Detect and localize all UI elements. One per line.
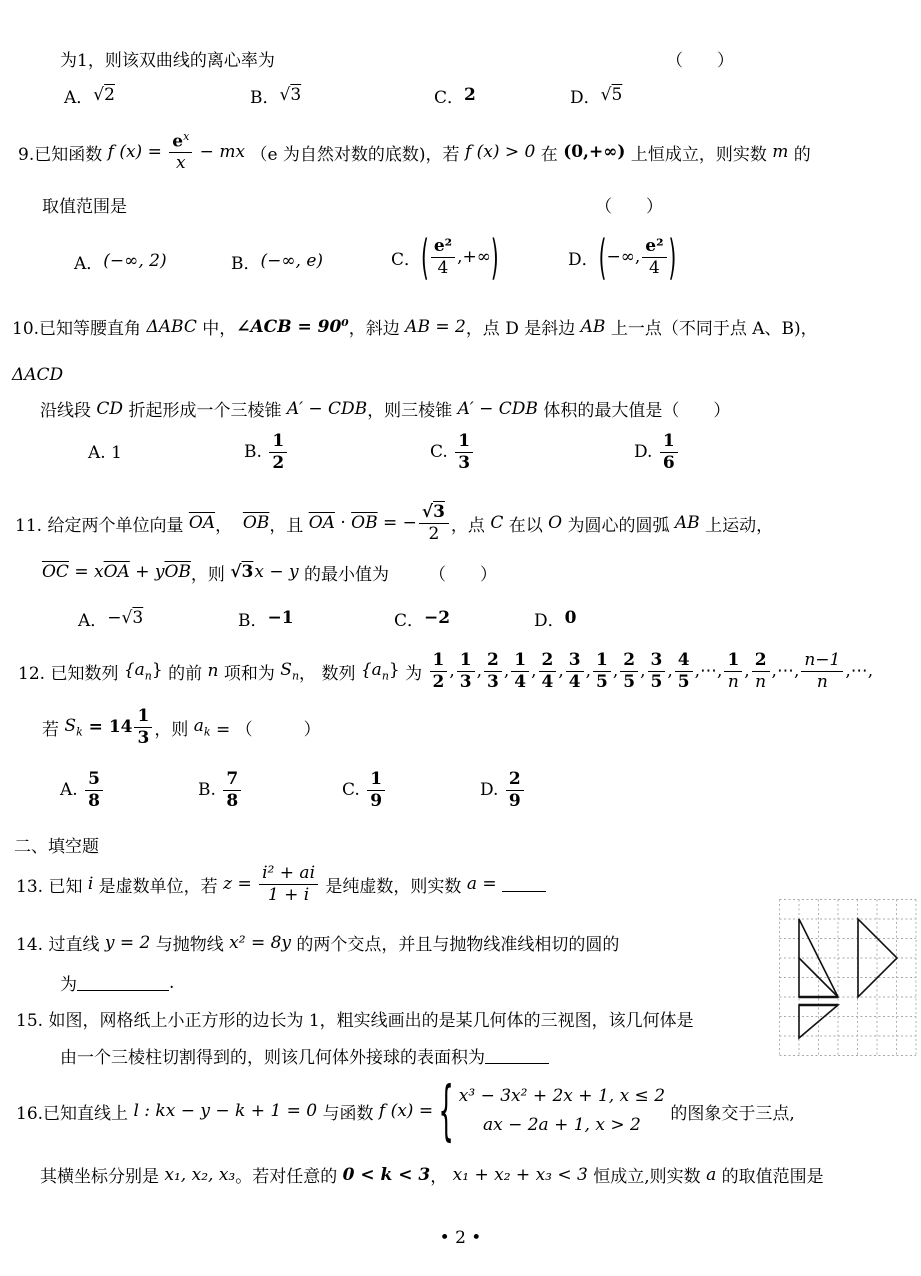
q11-text: 在以 (503, 511, 548, 536)
q9-math-mx: − mx (194, 142, 250, 162)
q9-option-a-value: (−∞, 2) (103, 251, 166, 271)
q12-math-n: n (208, 661, 219, 681)
frac-den: 8 (85, 791, 103, 811)
q16-text: 的图象交于三点, (665, 1099, 795, 1124)
comma: , (531, 661, 536, 681)
q13-math-z: z (223, 874, 232, 894)
frac-den: 3 (484, 672, 502, 692)
q12-stem-line2: 若 Sk = 14 13 ，则 ak = （ ） (42, 698, 321, 756)
q16-stem-line2: 其横坐标分别是 x₁, x₂, x₃ 。若对任意的 0 < k < 3 ， x₁… (40, 1162, 824, 1187)
q11-text: 为圆心的圆弧 (562, 511, 675, 536)
q16-piecewise-row2: ax − 2a + 1, x > 2 (483, 1111, 641, 1140)
radical-sign-icon: √ (93, 85, 104, 105)
subscript-n: n (145, 669, 152, 682)
q13-text: = (232, 874, 257, 894)
q9-fraction-ex-over-x: ex x (169, 130, 192, 173)
q12-text: 项和为 (218, 659, 280, 684)
q12-math-sk: Sk (64, 716, 82, 738)
frac-num: 2 (620, 650, 638, 671)
q12-option-d-label: D. (480, 780, 504, 800)
q9-option-c-rest: ,+∞ (457, 247, 491, 267)
radicand: 3 (132, 608, 144, 628)
frac-den: 2 (269, 453, 287, 473)
frac-num: 5 (85, 769, 103, 790)
q11-vector-ob: OB (164, 562, 190, 582)
q11-text: ，且 (269, 511, 308, 536)
s-letter: S (64, 716, 76, 736)
q9-option-b: B． (−∞, e) (231, 246, 323, 276)
q12-text: = 14 (83, 717, 133, 737)
radical-sign-icon: √ (230, 562, 241, 582)
q11-option-c-label: C． (394, 606, 424, 631)
side-view-triangle (858, 919, 897, 997)
frac-num: 1 (593, 650, 611, 671)
q14-math-y2: y = 2 (105, 933, 150, 953)
q9-option-d-frac-num: e² (642, 236, 666, 257)
q16-text: 与函数 (317, 1099, 379, 1124)
frac-den: 3 (457, 672, 475, 692)
q11-option-d-value: 0 (565, 608, 577, 628)
q16-math-x123: x₁, x₂, x₃ (164, 1165, 235, 1185)
radical-sign-icon: √ (422, 502, 433, 522)
q11-math-ab: AB (675, 513, 700, 533)
q8-option-b-value: √3 (280, 85, 303, 105)
frac-num: 3 (566, 650, 584, 671)
q16-text: ， (430, 1162, 452, 1187)
q9-option-d: D． ( −∞, e² 4 ) (568, 222, 676, 292)
q16-text: 。若对任意的 (235, 1162, 342, 1187)
frac-den: n (725, 672, 742, 692)
q10-math-triangle-abc: ΔABC (146, 317, 196, 337)
radical-sign-icon: √ (280, 85, 291, 105)
q10-text: 沿线段 (40, 396, 96, 421)
seq-fraction: 2n (752, 650, 770, 692)
section2-title: 二、填空题 (14, 832, 99, 857)
q12-option-c-fraction: 19 (367, 769, 385, 811)
q14-text: 为 (60, 970, 77, 995)
q16-stem-line1: 16.已知直线上 l : kx − y − k + 1 = 0 与函数 f (x… (16, 1076, 795, 1146)
q14-stem-line2: 为 . (60, 970, 174, 995)
q10-stem-line3: 沿线段 CD 折起形成一个三棱锥 A′ − CDB ，则三棱锥 A′ − CDB… (40, 396, 730, 421)
q16-math-fx: f (x) = (379, 1101, 439, 1121)
q10-option-b-fraction: 12 (269, 431, 287, 473)
q9-option-a: A． (−∞, 2) (74, 246, 167, 276)
q11-vector-oa: OA (104, 562, 130, 582)
frac-den: 9 (367, 791, 385, 811)
comma: , (744, 661, 749, 681)
q14-math-parabola: x² = 8y (229, 933, 291, 953)
q9-math-m: m (772, 142, 788, 162)
q10-option-c-fraction: 13 (455, 431, 473, 473)
comma: , (640, 661, 645, 681)
q9-paren-text: （ ） (595, 192, 663, 217)
q9-option-d-fraction: e² 4 (642, 236, 666, 278)
grid-lines (780, 900, 917, 1056)
q12-option-a-fraction: 58 (85, 769, 103, 811)
q11-option-c: C． −2 (394, 602, 450, 634)
q9-frac-denominator: x (173, 153, 189, 173)
comma: , (558, 661, 563, 681)
q12-text: ，则 (154, 715, 193, 740)
q13-text: 是纯虚数，则实数 (320, 872, 467, 897)
q14-text: 14. 过直线 (16, 930, 105, 955)
q11-text: 的最小值为 (299, 560, 389, 585)
q9-frac-num-base: e (172, 132, 183, 152)
frac-den: 4 (566, 672, 584, 692)
frac-num: n−1 (801, 650, 843, 671)
q13-text: = (477, 874, 502, 894)
q11-option-b-value: −1 (268, 608, 294, 628)
frac-num: 1 (367, 769, 385, 790)
seq-fraction: 23 (484, 650, 502, 692)
left-paren-icon: ( (599, 234, 607, 281)
q10-text: ，斜边 (349, 314, 405, 339)
q10-math-prism1: A′ − CDB (287, 399, 367, 419)
left-brace-icon: { (438, 1079, 453, 1144)
q12-stem-line1: 12. 已知数列 {an} 的前 n 项和为 Sn ， 数列 {an} 为 12… (18, 640, 873, 702)
q10-option-a-label: A. (88, 443, 111, 463)
q11-option-c-value: −2 (424, 608, 450, 628)
q9-option-c-fraction: e² 4 (431, 236, 455, 278)
q13-math-a: a (467, 874, 477, 894)
q11-stem-line2: OC = x OA + y OB ，则 √3 x − y 的最小值为 （ ） (42, 554, 497, 590)
q10-option-d-fraction: 16 (660, 431, 678, 473)
ellipsis: ⋯, (777, 661, 799, 681)
q12-option-a: A. 58 (60, 762, 105, 818)
q10-math-cd: CD (96, 399, 123, 419)
q15-text: 由一个三棱柱切割得到的，则该几何体外接球的表面积为 (60, 1043, 485, 1068)
q11-math-c: C (490, 513, 503, 533)
s-letter: S (280, 660, 292, 680)
frac-den: 1 + i (265, 885, 312, 905)
q8-option-a: A． √2 (64, 80, 116, 110)
q14-period: . (169, 973, 174, 993)
frac-den: 2 (425, 524, 442, 544)
solid-view-lines (799, 919, 897, 1038)
frac-num: 1 (269, 431, 287, 452)
q8-option-c-label: C． (434, 83, 464, 108)
q8-option-d-radicand: 5 (611, 85, 623, 105)
q15-stem-line1: 15. 如图，网格纸上小正方形的边长为 1，粗实线画出的是某几何体的三视图，该几… (16, 1006, 694, 1031)
brace-close: } (152, 660, 163, 680)
q10-text: ，点 D 是斜边 (466, 314, 581, 339)
q9-option-c: C． ( e² 4 ,+∞ ) (391, 222, 499, 292)
q16-math-line-eq: l : kx − y − k + 1 = 0 (133, 1101, 317, 1121)
q8-option-a-radicand: 2 (104, 85, 116, 105)
brace-a: {a (361, 660, 382, 680)
q10-option-d: D. 16 (634, 426, 680, 478)
q16-text: 其横坐标分别是 (40, 1162, 164, 1187)
q10-math-angle: ∠ACB = 90⁰ (236, 317, 349, 337)
frac-num: 1 (724, 650, 742, 671)
q8-option-c-value: 2 (464, 85, 476, 105)
exam-page: 为1，则该双曲线的离心率为 （ ） A． √2 B． √3 C． 2 D． √5… (0, 0, 921, 1276)
q14-answer-blank-line (77, 975, 169, 991)
section2-header: 二、填空题 (14, 832, 99, 857)
q8-stem-text: 为1，则该双曲线的离心率为 (60, 46, 275, 71)
q8-option-d: D． √5 (570, 80, 623, 110)
frac-den: n (752, 672, 769, 692)
frac-den: 6 (660, 453, 678, 473)
q8-paren-text: （ ） (666, 46, 734, 71)
ellipsis: ⋯, (851, 661, 873, 681)
q12-option-b-label: B. (198, 780, 221, 800)
q9-option-c-frac-den: 4 (435, 258, 452, 278)
q11-math-xc: = x (69, 562, 104, 582)
q12-text: 的前 (163, 659, 208, 684)
q15-text: 15. 如图，网格纸上小正方形的边长为 1，粗实线画出的是某几何体的三视图，该几… (16, 1006, 694, 1031)
radical-sign-icon: √ (601, 85, 612, 105)
frac-num: 1 (660, 431, 678, 452)
q8-option-b-label: B． (250, 83, 280, 108)
q11-text: ， (215, 511, 243, 536)
q16-piecewise: x³ − 3x² + 2x + 1, x ≤ 2 ax − 2a + 1, x … (459, 1082, 665, 1140)
seq-fraction: n−1n (801, 650, 843, 692)
q11-text: 上运动， (700, 511, 773, 536)
frac-num: 7 (223, 769, 241, 790)
q12-option-d: D. 29 (480, 762, 526, 818)
q12-option-c: C. 19 (342, 762, 387, 818)
seq-fraction: 12 (430, 650, 448, 692)
q10-text: 上一点（不同于点 A、B)， (605, 314, 817, 339)
q9-option-c-frac-num: e² (431, 236, 455, 257)
q9-math-fx-gt0: f (x) > 0 (465, 142, 535, 162)
comma: , (586, 661, 591, 681)
frac-den: 5 (675, 672, 693, 692)
q11-option-a: A． −√3 (78, 602, 144, 634)
q12-option-c-label: C. (342, 780, 365, 800)
q10-option-a-value: 1 (111, 443, 122, 463)
subscript-n: n (382, 669, 389, 682)
q11-option-a-label: A． (78, 606, 107, 631)
left-paren-icon: ( (421, 234, 429, 281)
comma: , (613, 661, 618, 681)
q12-option-b-fraction: 78 (223, 769, 241, 811)
q12-math-ak: ak (194, 716, 211, 738)
page-number: • 2 • (0, 1228, 921, 1248)
frac-num: 1 (430, 650, 448, 671)
minus-sign: − (107, 608, 121, 628)
q13-text: 13. 已知 (16, 872, 88, 897)
frac-den: 3 (455, 453, 473, 473)
frac-den: 5 (648, 672, 666, 692)
comma: , (449, 661, 454, 681)
q8-answer-paren: （ ） (666, 46, 734, 71)
frac-num: 3 (648, 650, 666, 671)
q10-stem-line2: ΔACD (12, 365, 63, 385)
q11-vector-oa: OA (189, 513, 215, 533)
q9-frac-num-exponent: x (183, 130, 189, 143)
q12-option-d-fraction: 29 (506, 769, 524, 811)
q12-text: = （ ） (211, 715, 321, 740)
right-paren-icon: ) (491, 234, 499, 281)
q11-option-d-label: D． (534, 606, 565, 631)
frac-den: n (814, 672, 831, 692)
q16-piecewise-row1: x³ − 3x² + 2x + 1, x ≤ 2 (459, 1082, 665, 1111)
q9-option-a-label: A． (74, 249, 103, 274)
q11-option-d: D． 0 (534, 602, 576, 634)
q15-answer-blank-line (485, 1048, 549, 1064)
q9-text-range: 取值范围是 (42, 192, 127, 217)
q12-mixed-fraction: 13 (134, 706, 152, 748)
q12-math-sn: Sn (280, 660, 299, 682)
frac-num: 1 (457, 650, 475, 671)
q11-math-yc: + y (130, 562, 165, 582)
seq-fraction: 14 (511, 650, 529, 692)
q10-text: 折起形成一个三棱锥 (123, 396, 287, 421)
q10-math-prism2: A′ − CDB (458, 399, 538, 419)
frac-den: 5 (593, 672, 611, 692)
frac-num: 4 (675, 650, 693, 671)
seq-fraction: 24 (539, 650, 557, 692)
q9-text: （e 为自然对数的底数)，若 (250, 140, 465, 165)
q9-option-b-label: B． (231, 249, 261, 274)
q8-option-d-value: √5 (601, 85, 624, 105)
q9-text: 在 (535, 140, 563, 165)
brace-a: {a (124, 660, 145, 680)
seq-fraction: 45 (675, 650, 693, 692)
q12-text: 若 (42, 715, 64, 740)
frac-den: 4 (539, 672, 557, 692)
subscript-k: k (204, 725, 211, 738)
q16-text: 16.已知直线上 (16, 1099, 133, 1124)
subscript-k: k (76, 725, 83, 738)
frac-num: 2 (506, 769, 524, 790)
q11-math-o: O (548, 513, 562, 533)
comma: , (477, 661, 482, 681)
seq-fraction: 15 (593, 650, 611, 692)
q9-option-d-frac-den: 4 (646, 258, 663, 278)
frac-num: 2 (484, 650, 502, 671)
q15-stem-line2: 由一个三棱柱切割得到的，则该几何体外接球的表面积为 (60, 1043, 549, 1068)
q10-text: ，则三棱锥 (367, 396, 457, 421)
q13-text: 是虚数单位，若 (93, 872, 223, 897)
top-view-triangle (799, 1005, 838, 1038)
q14-stem-line1: 14. 过直线 y = 2 与抛物线 x² = 8y 的两个交点，并且与抛物线准… (16, 930, 619, 955)
q8-option-c: C． 2 (434, 80, 476, 110)
three-view-figure (778, 898, 920, 1060)
q15-figure (778, 898, 920, 1060)
q11-text: 11. 给定两个单位向量 (15, 511, 189, 536)
q10-option-a: A. 1 (88, 438, 122, 468)
radical-sign-icon: √ (122, 608, 133, 628)
a-letter: a (194, 716, 204, 736)
q9-text: 9.已知函数 (18, 140, 108, 165)
q10-option-c: C. 13 (430, 426, 475, 478)
frac-den: 3 (134, 728, 152, 748)
radicand: 3 (433, 502, 446, 522)
frac-num: i² + ai (259, 863, 318, 884)
q8-option-d-label: D． (570, 83, 601, 108)
frac-num: 1 (134, 706, 152, 727)
frac-den: 9 (506, 791, 524, 811)
q10-math-ab: AB (581, 317, 606, 337)
q11-text: ，则 (191, 560, 230, 585)
q11-vector-ob: OB (243, 513, 269, 533)
seq-fraction: 25 (620, 650, 638, 692)
q11-text: = − (378, 513, 417, 533)
q9-option-b-value: (−∞, e) (261, 251, 324, 271)
brace-close: } (389, 660, 400, 680)
frac-num: 2 (752, 650, 770, 671)
q8-option-b: B． √3 (250, 80, 302, 110)
q10-option-b: B. 12 (244, 426, 289, 478)
q16-math-sum: x₁ + x₂ + x₃ < 3 (453, 1165, 588, 1185)
q9-text: 的 (788, 140, 810, 165)
seq-fraction: 1n (724, 650, 742, 692)
q9-option-d-pre: −∞, (606, 247, 640, 267)
q11-vector-oc: OC (42, 562, 69, 582)
q10-option-c-label: C. (430, 442, 453, 462)
page-number-text: • 2 • (440, 1228, 482, 1248)
q10-option-b-label: B. (244, 442, 267, 462)
q12-seq-an: {an} (361, 660, 400, 682)
frac-den: 5 (620, 672, 638, 692)
q10-text: 体积的最大值是（ ） (538, 396, 730, 421)
q10-option-d-label: D. (634, 442, 658, 462)
q11-vector-oa: OA (309, 513, 335, 533)
q9-stem-line2: 取值范围是 (42, 192, 127, 217)
frac-den: 4 (511, 672, 529, 692)
frac-num: √3 (419, 502, 449, 523)
q9-answer-paren: （ ） (595, 192, 663, 217)
comma: , (504, 661, 509, 681)
q9-option-c-label: C． (391, 245, 421, 270)
q13-stem-line: 13. 已知 i 是虚数单位，若 z = i² + ai1 + i 是纯虚数，则… (16, 856, 546, 912)
dot-operator-icon: · (335, 513, 351, 533)
q8-option-b-radicand: 3 (290, 85, 302, 105)
frac-num: 2 (539, 650, 557, 671)
q9-stem-line: 9.已知函数 f (x) = ex x − mx （e 为自然对数的底数)，若 … (18, 118, 811, 186)
q11-math-x-minus-y: x − y (254, 562, 298, 582)
q11-stem-line1: 11. 给定两个单位向量 OA ， OB ，且 OA · OB = − √3 2… (15, 490, 773, 556)
q10-stem-line1: 10.已知等腰直角 ΔABC 中， ∠ACB = 90⁰ ，斜边 AB = 2 … (12, 314, 818, 339)
q12-seq-an: {an} (124, 660, 163, 682)
q11-option-b: B． −1 (238, 602, 294, 634)
frac-num: 1 (511, 650, 529, 671)
q8-option-a-value: √2 (93, 85, 116, 105)
q12-text: 为 (400, 659, 428, 684)
q13-answer-blank-line (502, 876, 546, 892)
q9-option-d-label: D． (568, 245, 599, 270)
q10-math-triangle-acd: ΔACD (12, 365, 63, 385)
q16-text: 恒成立,则实数 (588, 1162, 706, 1187)
q9-interval: (0,+∞) (563, 142, 625, 162)
q8-option-a-label: A． (64, 83, 93, 108)
q12-option-b: B. 78 (198, 762, 243, 818)
q14-text: 与抛物线 (150, 930, 229, 955)
q14-text: 的两个交点，并且与抛物线准线相切的圆的 (291, 930, 619, 955)
seq-fraction: 13 (457, 650, 475, 692)
frac-num: 1 (455, 431, 473, 452)
radicand: 3 (242, 562, 255, 582)
subscript-n: n (292, 669, 299, 682)
q9-frac-numerator: ex (169, 130, 192, 153)
q12-option-a-label: A. (60, 780, 83, 800)
q12-text: 12. 已知数列 (18, 659, 124, 684)
q16-text: 的取值范围是 (716, 1162, 823, 1187)
q12-text: ， 数列 (299, 659, 361, 684)
q11-text: ，点 (451, 511, 490, 536)
q11-fraction-sqrt3-over-2: √3 2 (419, 502, 449, 544)
right-paren-icon: ) (669, 234, 677, 281)
q11-option-a-value: −√3 (107, 608, 144, 628)
q11-option-b-label: B． (238, 606, 268, 631)
q8-stem-line: 为1，则该双曲线的离心率为 (60, 46, 275, 71)
frac-den: 2 (430, 672, 448, 692)
comma: , (667, 661, 672, 681)
q16-math-k-range: 0 < k < 3 (343, 1165, 431, 1185)
